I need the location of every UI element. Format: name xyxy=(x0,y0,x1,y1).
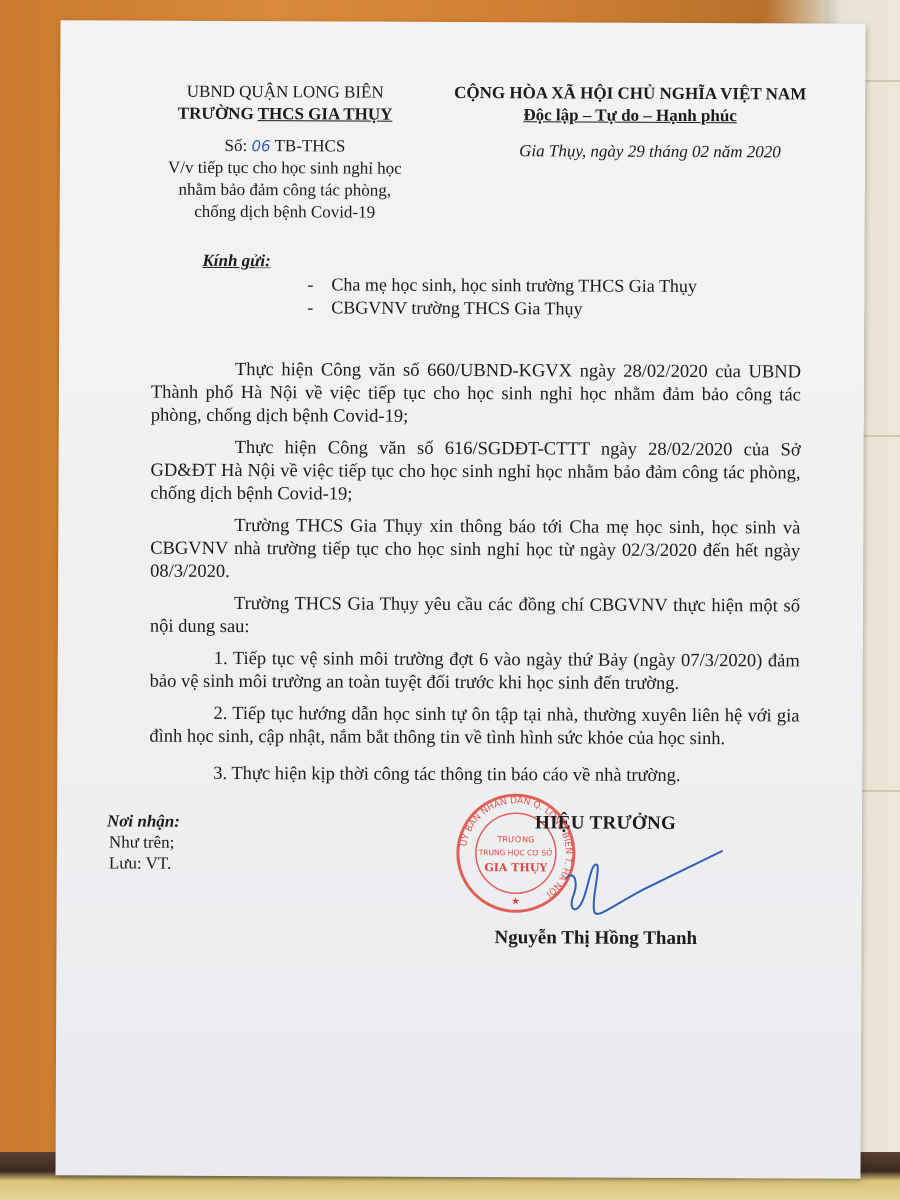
recipients-label: Kính gửi: xyxy=(202,251,270,271)
svg-text:★: ★ xyxy=(511,896,520,907)
receivers-block: Nơi nhận: Như trên; Lưu: VT. xyxy=(107,810,180,873)
receiver-line: Như trên; xyxy=(107,831,180,852)
body-paragraph: Trường THCS Gia Thụy xin thông báo tới C… xyxy=(150,515,800,587)
handwritten-signature xyxy=(557,842,727,923)
document-page: UBND QUẬN LONG BIÊN TRƯỜNG THCS GIA THỤY… xyxy=(55,20,865,1179)
handwritten-ref-number: 06 xyxy=(251,137,270,155)
issuer-header: UBND QUẬN LONG BIÊN TRƯỜNG THCS GIA THỤY… xyxy=(120,81,451,224)
signer-title: HIỆU TRƯỞNG xyxy=(535,812,676,835)
document-reference: Số: 06 TB-THCS xyxy=(120,135,450,158)
recipients-list: -Cha mẹ học sinh, học sinh trường THCS G… xyxy=(307,273,697,321)
body-paragraph: Trường THCS Gia Thụy yêu cầu các đồng ch… xyxy=(150,593,800,642)
recipient-item: -Cha mẹ học sinh, học sinh trường THCS G… xyxy=(307,273,697,298)
national-motto: Độc lập – Tự do – Hạnh phúc xyxy=(523,105,737,125)
svg-text:GIA THỤY: GIA THỤY xyxy=(484,861,547,874)
receiver-line: Lưu: VT. xyxy=(107,852,180,873)
svg-text:TRƯỜNG: TRƯỜNG xyxy=(497,833,535,844)
receivers-label: Nơi nhận: xyxy=(107,810,180,831)
body-paragraph: Thực hiện Công văn số 616/SGDĐT-CTTT ngà… xyxy=(150,437,800,509)
signer-name: Nguyễn Thị Hồng Thanh xyxy=(494,927,697,950)
subject-line: V/v tiếp tục cho học sinh nghỉ học xyxy=(120,157,450,180)
place-date: Gia Thụy, ngày 29 tháng 02 năm 2020 xyxy=(430,140,830,164)
issuer-organization: UBND QUẬN LONG BIÊN xyxy=(120,81,450,104)
svg-text:TRUNG HỌC CƠ SỞ: TRUNG HỌC CƠ SỞ xyxy=(478,847,553,857)
national-header: CỘNG HÒA XÃ HỘI CHỦ NGHĨA VIỆT NAM Độc l… xyxy=(430,82,830,164)
nation-title: CỘNG HÒA XÃ HỘI CHỦ NGHĨA VIỆT NAM xyxy=(430,82,830,106)
task-item: 3. Thực hiện kịp thời công tác thông tin… xyxy=(149,763,799,789)
task-item: 1. Tiếp tục vệ sinh môi trường đợt 6 vào… xyxy=(150,648,800,697)
body-paragraph: Thực hiện Công văn số 660/UBND-KGVX ngày… xyxy=(151,359,801,431)
recipient-item: -CBGVNV trường THCS Gia Thụy xyxy=(307,296,697,321)
subject-line: nhằm bảo đảm công tác phòng, xyxy=(120,179,450,202)
subject-line: chống dịch bệnh Covid-19 xyxy=(120,201,450,224)
task-item: 2. Tiếp tục hướng dẫn học sinh tự ôn tập… xyxy=(149,703,799,752)
issuer-school: TRƯỜNG THCS GIA THỤY xyxy=(120,103,450,126)
document-body: Thực hiện Công văn số 660/UBND-KGVX ngày… xyxy=(149,359,801,798)
